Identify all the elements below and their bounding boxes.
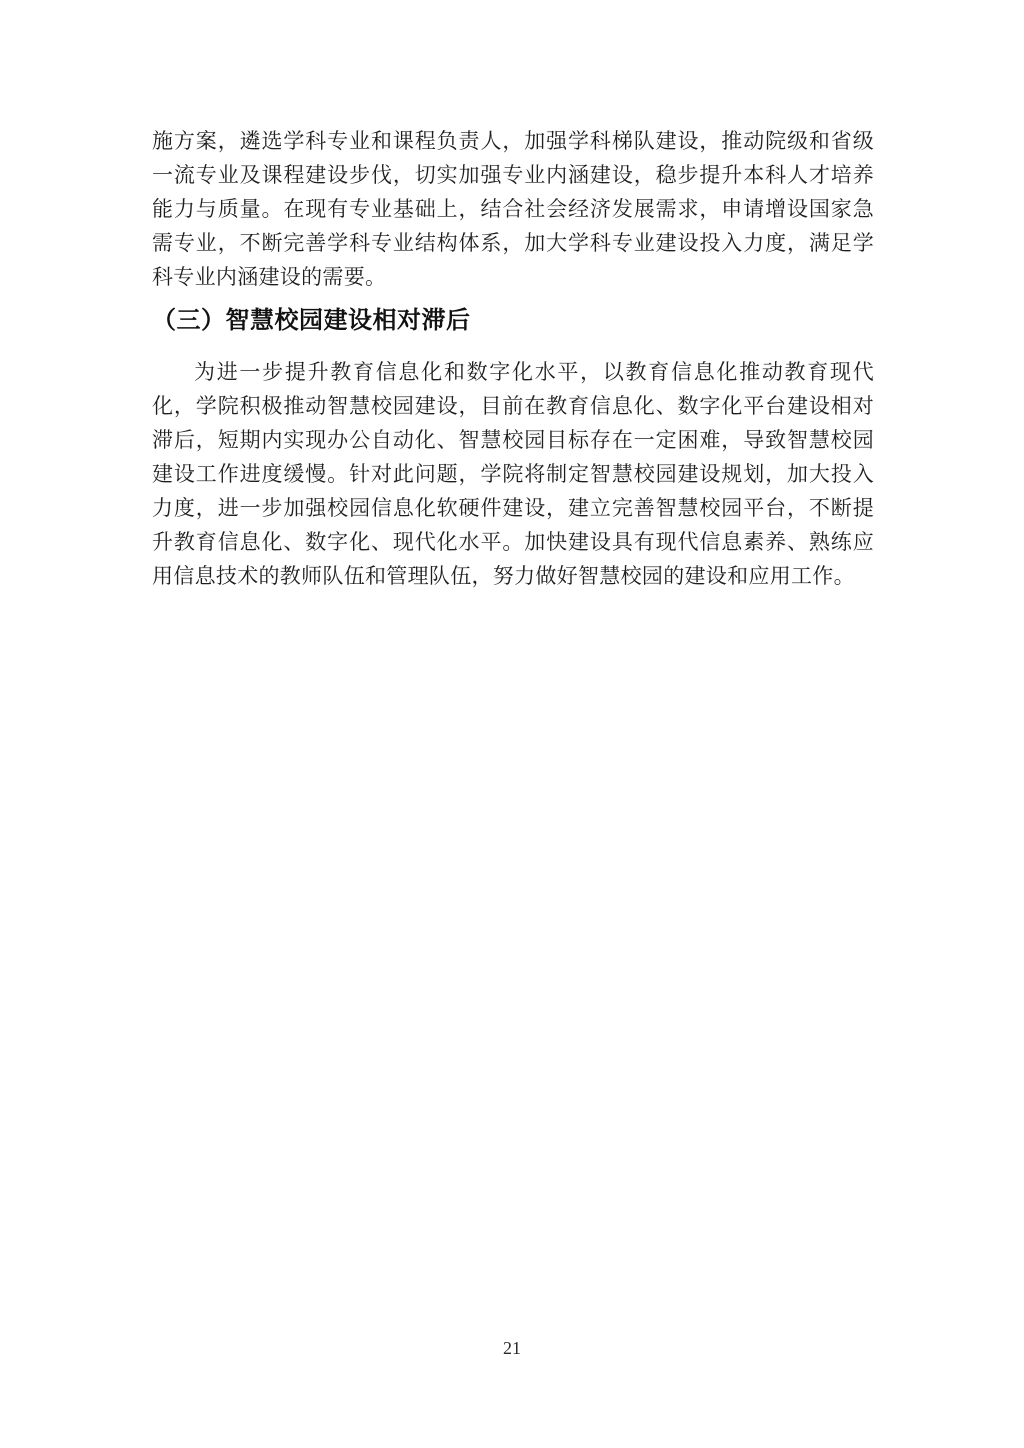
- page-content: 施方案，遴选学科专业和课程负责人，加强学科梯队建设，推动院级和省级一流专业及课程…: [152, 124, 874, 593]
- page-footer: 21: [0, 1338, 1024, 1359]
- document-page: 施方案，遴选学科专业和课程负责人，加强学科梯队建设，推动院级和省级一流专业及课程…: [0, 0, 1024, 1448]
- paragraph-body: 为进一步提升教育信息化和数字化水平，以教育信息化推动教育现代化，学院积极推动智慧…: [152, 355, 874, 593]
- section-heading: （三）智慧校园建设相对滞后: [152, 306, 874, 336]
- page-number: 21: [503, 1338, 521, 1358]
- paragraph-continuation: 施方案，遴选学科专业和课程负责人，加强学科梯队建设，推动院级和省级一流专业及课程…: [152, 124, 874, 294]
